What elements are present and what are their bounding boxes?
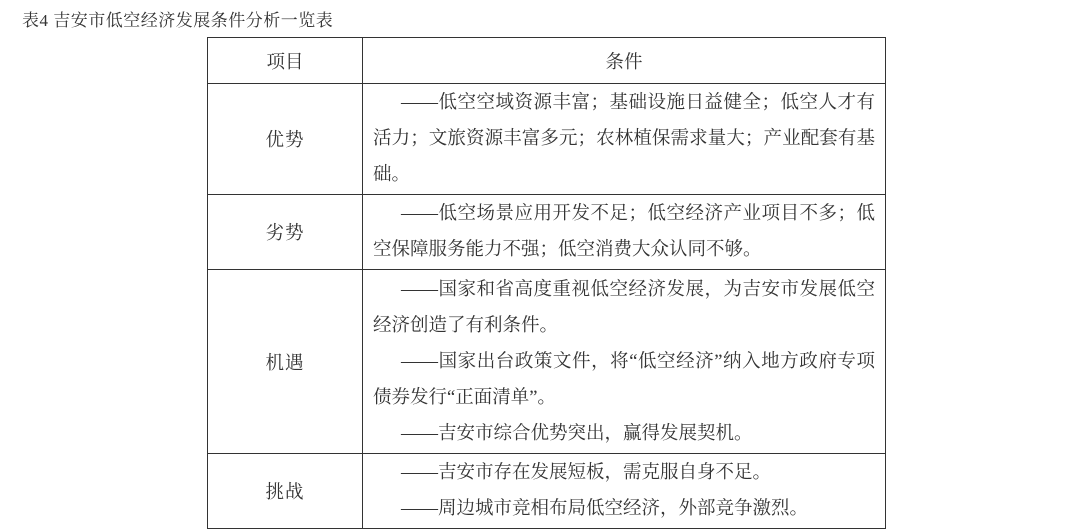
row-label-challenges: 挑战 — [208, 454, 363, 529]
table-row-challenges: 挑战 ——吉安市存在发展短板，需克服自身不足。 ——周边城市竞相布局低空经济，外… — [208, 454, 886, 529]
row-label-strengths: 优势 — [208, 84, 363, 195]
table-row-weaknesses: 劣势 ——低空场景应用开发不足；低空经济产业项目不多；低空保障服务能力不强；低空… — [208, 195, 886, 270]
row-content-opportunities: ——国家和省高度重视低空经济发展，为吉安市发展低空经济创造了有利条件。 ——国家… — [363, 270, 886, 454]
row-content-strengths: ——低空空域资源丰富；基础设施日益健全；低空人才有活力；文旅资源丰富多元；农林植… — [363, 84, 886, 195]
column-header-item: 项目 — [208, 38, 363, 84]
paragraph: ——低空空域资源丰富；基础设施日益健全；低空人才有活力；文旅资源丰富多元；农林植… — [373, 85, 875, 193]
row-content-weaknesses: ——低空场景应用开发不足；低空经济产业项目不多；低空保障服务能力不强；低空消费大… — [363, 195, 886, 270]
paragraph: ——吉安市存在发展短板，需克服自身不足。 — [373, 455, 875, 491]
table-row-opportunities: 机遇 ——国家和省高度重视低空经济发展，为吉安市发展低空经济创造了有利条件。 —… — [208, 270, 886, 454]
row-label-opportunities: 机遇 — [208, 270, 363, 454]
column-header-condition: 条件 — [363, 38, 886, 84]
paragraph: ——低空场景应用开发不足；低空经济产业项目不多；低空保障服务能力不强；低空消费大… — [373, 196, 875, 268]
paragraph: ——国家出台政策文件，将“低空经济”纳入地方政府专项债券发行“正面清单”。 — [373, 344, 875, 416]
paragraph: ——国家和省高度重视低空经济发展，为吉安市发展低空经济创造了有利条件。 — [373, 272, 875, 344]
row-label-weaknesses: 劣势 — [208, 195, 363, 270]
paragraph: ——周边城市竞相布局低空经济，外部竞争激烈。 — [373, 491, 875, 527]
swot-analysis-table: 项目 条件 优势 ——低空空域资源丰富；基础设施日益健全；低空人才有活力；文旅资… — [207, 37, 886, 529]
document-page: 表4 吉安市低空经济发展条件分析一览表 项目 条件 优势 ——低空空域资源丰富；… — [0, 0, 1080, 530]
paragraph: ——吉安市综合优势突出，赢得发展契机。 — [373, 416, 875, 452]
table-row-strengths: 优势 ——低空空域资源丰富；基础设施日益健全；低空人才有活力；文旅资源丰富多元；… — [208, 84, 886, 195]
row-content-challenges: ——吉安市存在发展短板，需克服自身不足。 ——周边城市竞相布局低空经济，外部竞争… — [363, 454, 886, 529]
header-row: 项目 条件 — [208, 38, 886, 84]
table-caption: 表4 吉安市低空经济发展条件分析一览表 — [22, 8, 333, 34]
